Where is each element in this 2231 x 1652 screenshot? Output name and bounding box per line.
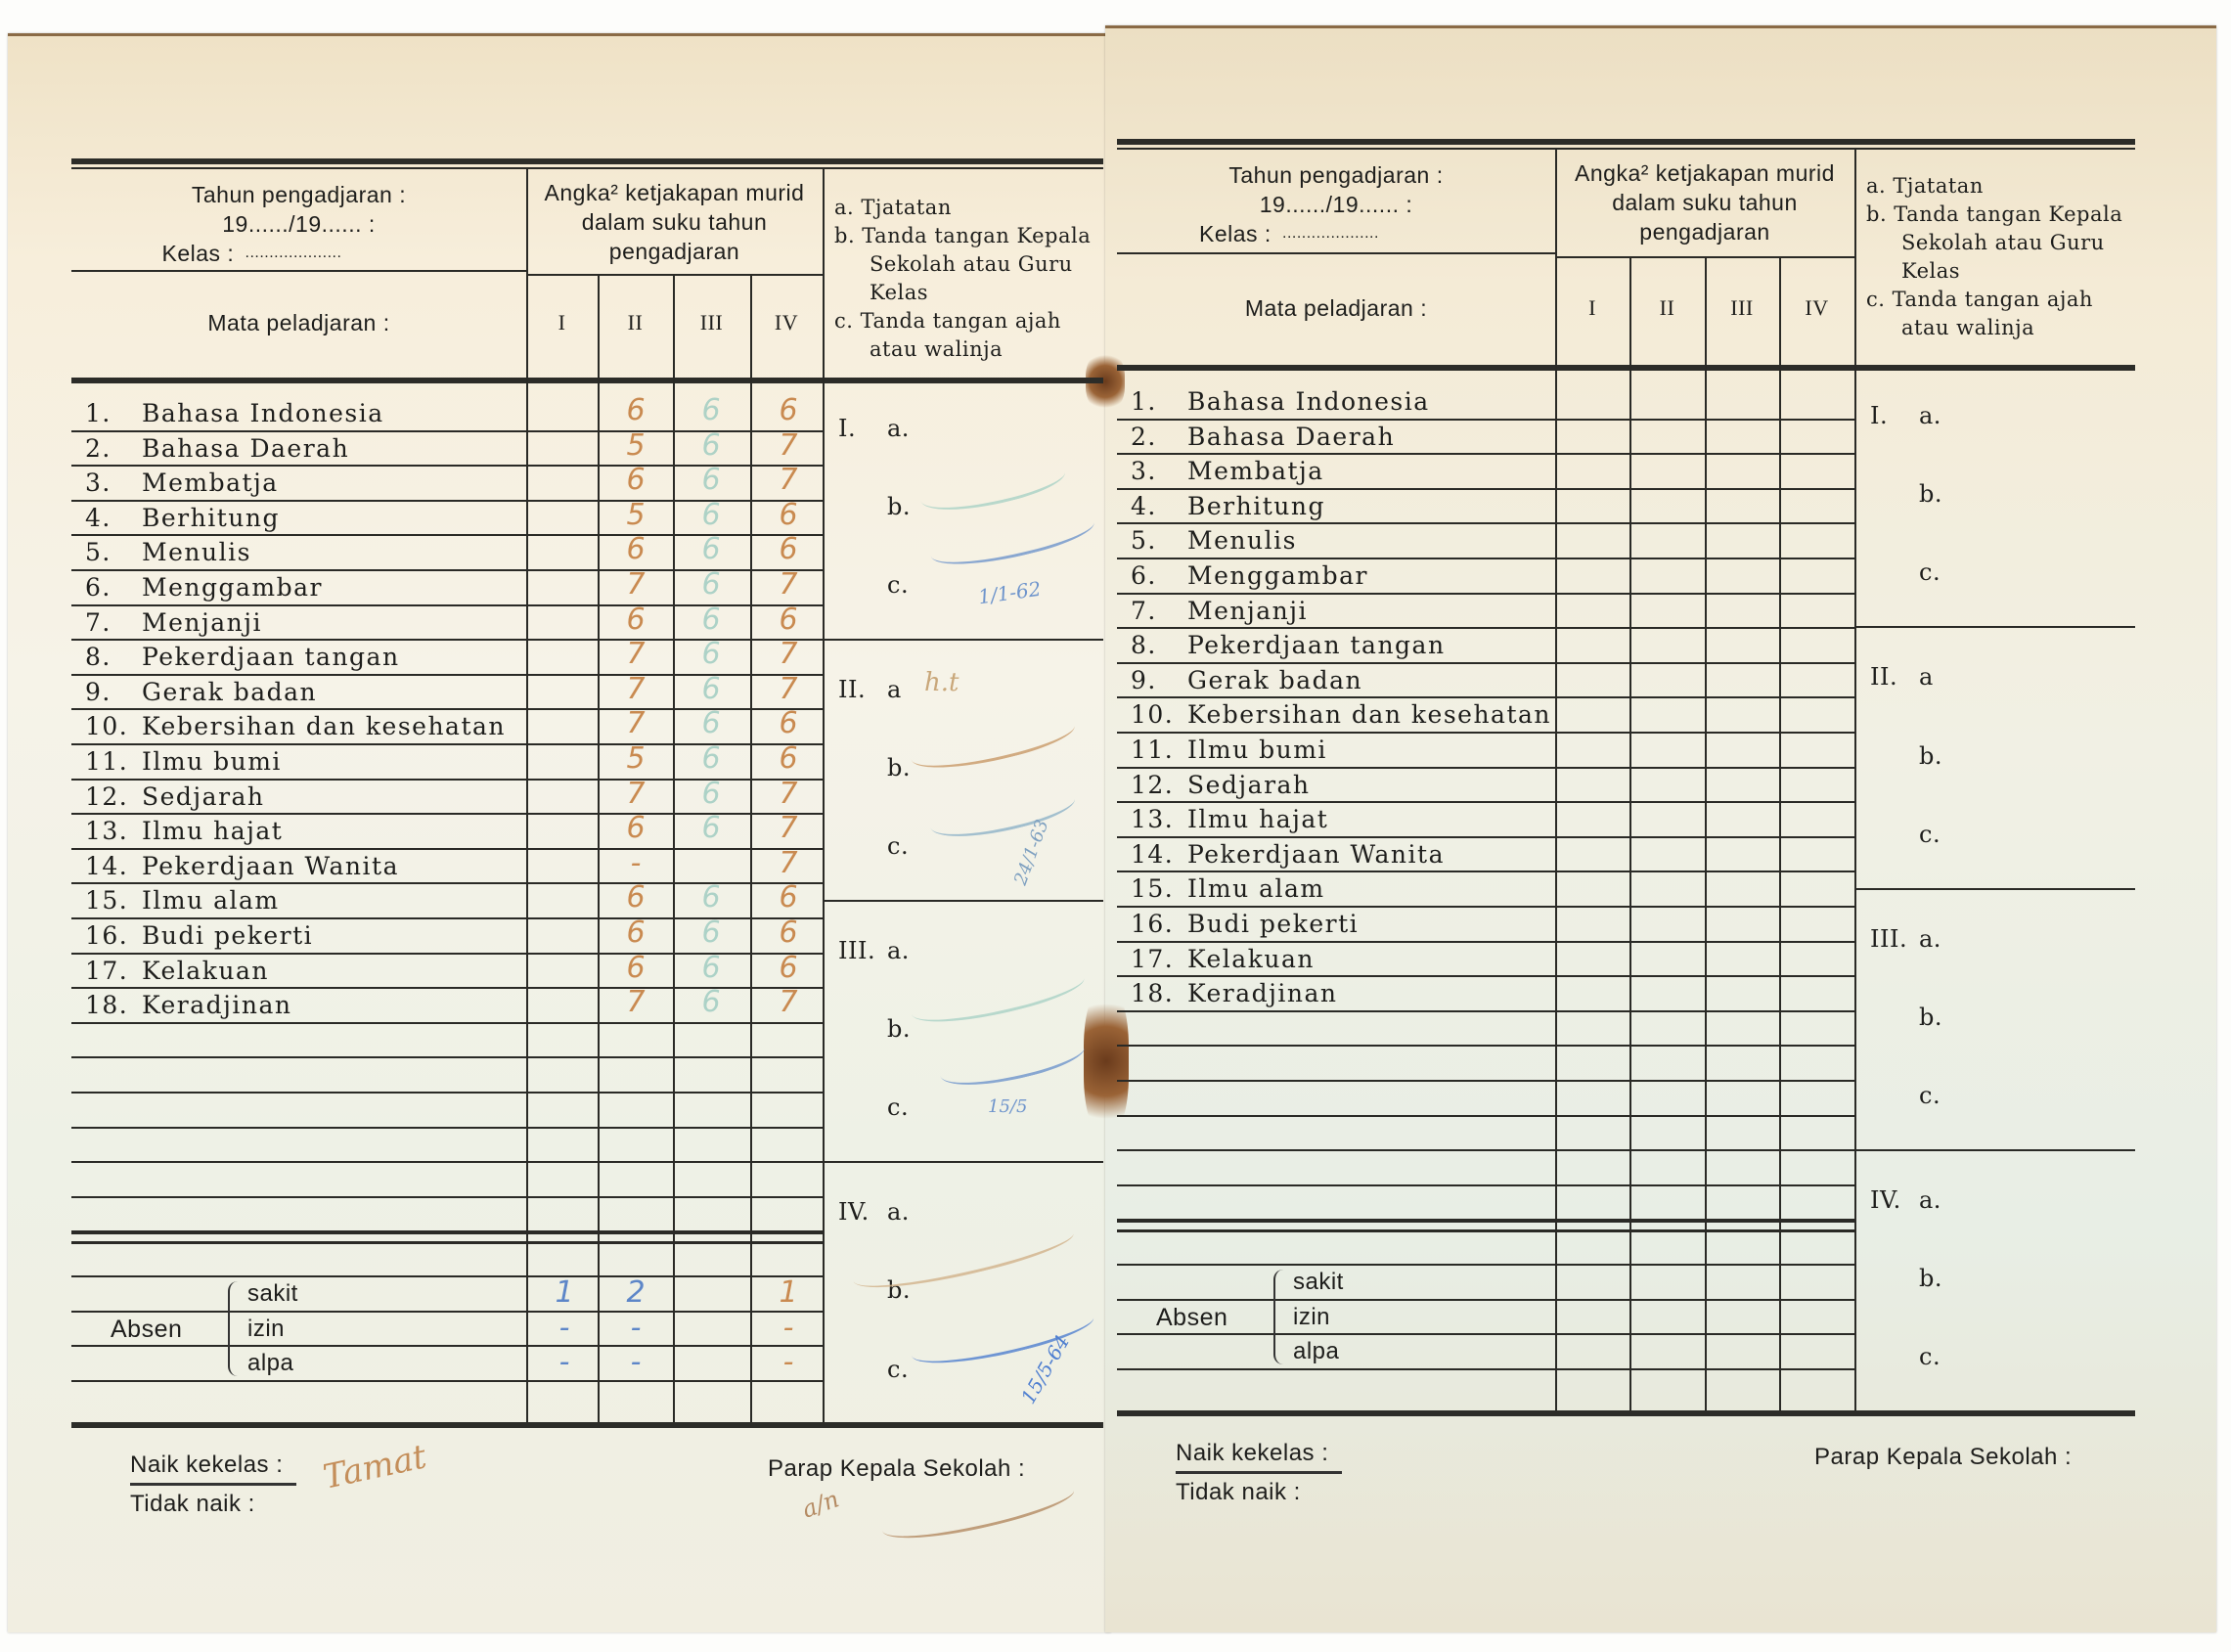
subject-number: 15.	[85, 886, 128, 915]
grade-term4: 7	[751, 672, 825, 706]
term-header-4: IV	[750, 310, 823, 335]
subject-name: Ilmu alam	[142, 886, 280, 915]
subject-number: 10.	[1131, 700, 1174, 729]
term-block-2-roman: II.	[838, 676, 866, 703]
subject-name: Ilmu alam	[1187, 874, 1325, 903]
subject-number: 5.	[1131, 526, 1157, 555]
table-rule	[1117, 1184, 1854, 1186]
table-rule	[1117, 662, 1854, 664]
term-header-1: I	[1555, 295, 1629, 321]
absen-alpa: alpa	[247, 1349, 293, 1378]
subject-number: 9.	[1131, 666, 1157, 694]
subject-number: 11.	[85, 747, 128, 776]
term-block-3-roman: III.	[1870, 925, 1907, 953]
grade-term4: 7	[751, 777, 825, 811]
term-header-1: I	[526, 310, 598, 335]
table-rule	[1117, 1221, 1854, 1232]
grade-term4: 7	[751, 811, 825, 845]
grade-term2: 6	[599, 951, 673, 985]
grade-term3: 6	[674, 463, 748, 497]
column-rule	[1555, 365, 1557, 1410]
table-rule	[1117, 1149, 1854, 1151]
grade-term4: 6	[751, 603, 825, 637]
table-rule	[71, 1056, 823, 1058]
absen-term1: -	[527, 1311, 602, 1345]
subject-number: 10.	[85, 712, 128, 740]
subject-number: 12.	[1131, 771, 1174, 799]
subject-number: 17.	[1131, 945, 1174, 973]
subject-number: 18.	[1131, 979, 1174, 1007]
term-block-2-tjatatan: a	[1919, 663, 1934, 691]
subject-name: Sedjarah	[1187, 771, 1311, 799]
column-rule	[823, 167, 825, 378]
table-rule	[71, 848, 823, 850]
parap-kepala-sekolah-label: Parap Kepala Sekolah :	[1814, 1444, 2072, 1471]
subject-name: Menulis	[142, 538, 251, 566]
absen-label: Absen	[111, 1315, 182, 1344]
table-rule	[1117, 419, 1854, 421]
subject-name: Budi pekerti	[1187, 910, 1359, 938]
term-block-2-tanda-walinja: c.	[1919, 821, 1941, 848]
grade-term2: 6	[599, 393, 673, 427]
note-term2: h.t	[924, 668, 959, 697]
table-rule	[1117, 1410, 2135, 1416]
subject-name: Keradjinan	[142, 991, 292, 1019]
subject-name: Kelakuan	[142, 957, 269, 985]
tidak-naik-label: Tidak naik :	[1176, 1479, 1301, 1506]
subject-number: 13.	[1131, 805, 1174, 833]
notes-kelas: Kelas	[1901, 257, 1960, 286]
table-rule	[1854, 888, 2135, 890]
subject-name: Ilmu hajat	[142, 817, 283, 845]
kelas-value: ....................	[245, 239, 373, 268]
notes-tjatatan: a. Tjatatan	[834, 194, 952, 222]
grade-term3: 6	[674, 532, 748, 566]
absen-term2: -	[599, 1311, 673, 1345]
table-rule	[71, 1196, 823, 1198]
angka-ketjakapan-label: Angka² ketjakapan murid	[526, 178, 823, 207]
grade-term2: -	[599, 846, 673, 880]
term-block-1-tanda-kepala: b.	[887, 493, 911, 520]
grade-term2: 7	[599, 567, 673, 602]
absen-term2: -	[599, 1345, 673, 1379]
term-block-3-tanda-walinja: c.	[887, 1094, 909, 1121]
subject-number: 18.	[85, 991, 128, 1019]
grade-term2: 5	[599, 498, 673, 532]
notes-tanda-tangan-kepala: b. Tanda tangan Kepala	[834, 222, 1091, 250]
grade-term3: 6	[674, 915, 748, 950]
table-rule	[71, 1161, 823, 1163]
subject-number: 2.	[85, 434, 112, 463]
absen-sakit: sakit	[1293, 1268, 1344, 1297]
naik-kekelas-label: Naik kekelas :	[1176, 1440, 1328, 1467]
absen-term4: -	[751, 1311, 825, 1345]
table-rule	[1854, 1149, 2135, 1151]
subject-name: Pekerdjaan Wanita	[1187, 840, 1445, 869]
term-block-1-tanda-walinja: c.	[1919, 558, 1941, 586]
grade-term3: 6	[674, 637, 748, 671]
subject-number: 4.	[85, 504, 112, 532]
grade-term3: 6	[674, 951, 748, 985]
table-rule	[71, 1022, 823, 1024]
subject-name: Bahasa Indonesia	[142, 399, 384, 427]
tahun-pengadjaran-label: Tahun pengadjaran :	[187, 180, 412, 209]
subject-number: 5.	[85, 538, 112, 566]
grade-term4: 7	[751, 846, 825, 880]
tahun-pengadjaran-value: 19....../19...... :	[206, 209, 392, 239]
term-header-3: III	[673, 310, 750, 335]
subject-number: 16.	[85, 921, 128, 950]
term-block-3-tanda-walinja: c.	[1919, 1082, 1941, 1109]
subject-name: Ilmu bumi	[142, 747, 282, 776]
angka-ketjakapan-label-3: pengadjaran	[1555, 217, 1854, 246]
term-block-1-roman: I.	[1870, 402, 1888, 429]
subject-number: 4.	[1131, 492, 1157, 520]
term-block-4-tanda-walinja: c.	[1919, 1343, 1941, 1370]
subject-name: Budi pekerti	[142, 921, 313, 950]
grade-term2: 7	[599, 777, 673, 811]
signature-term3-date: 15/5	[988, 1096, 1027, 1117]
grade-term4: 6	[751, 498, 825, 532]
table-rule	[823, 900, 1103, 902]
notes-walinja: atau walinja	[1901, 314, 2034, 342]
grade-term4: 7	[751, 637, 825, 671]
subject-name: Berhitung	[142, 504, 280, 532]
table-rule	[1117, 1333, 1854, 1335]
table-rule	[1117, 139, 2135, 145]
subject-number: 17.	[85, 957, 128, 985]
grade-term2: 6	[599, 463, 673, 497]
subject-name: Berhitung	[1187, 492, 1325, 520]
notes-tjatatan: a. Tjatatan	[1866, 172, 1984, 201]
naik-underline	[130, 1483, 296, 1486]
table-rule	[1117, 593, 1854, 595]
subject-number: 7.	[85, 608, 112, 637]
subject-name: Membatja	[142, 469, 279, 497]
subject-number: 11.	[1131, 736, 1174, 764]
term-block-4-roman: IV.	[1870, 1186, 1901, 1214]
absen-term1: -	[527, 1345, 602, 1379]
grade-term2: 5	[599, 741, 673, 776]
grade-term3: 6	[674, 567, 748, 602]
table-rule	[1117, 488, 1854, 490]
term-block-1-roman: I.	[838, 415, 856, 442]
tahun-pengadjaran-value: 19....../19...... :	[1243, 190, 1429, 219]
term-block-1-tjatatan: a.	[887, 415, 910, 442]
grade-term3: 6	[674, 498, 748, 532]
term-block-3-tanda-kepala: b.	[1919, 1004, 1942, 1031]
absen-term1: 1	[527, 1275, 602, 1310]
grade-term4: 6	[751, 951, 825, 985]
notes-tanda-tangan-ajah: c. Tanda tangan ajah	[834, 307, 1061, 335]
table-rule	[1117, 871, 1854, 872]
subject-number: 2.	[1131, 423, 1157, 451]
table-rule	[71, 1127, 823, 1129]
term-block-3-tjatatan: a.	[1919, 925, 1941, 953]
column-rule	[1854, 148, 1856, 365]
subject-number: 8.	[1131, 631, 1157, 659]
term-header-2: II	[598, 310, 673, 335]
subject-name: Bahasa Daerah	[142, 434, 349, 463]
subject-name: Keradjinan	[1187, 979, 1338, 1007]
notes-kelas: Kelas	[870, 279, 928, 307]
grade-term2: 7	[599, 985, 673, 1019]
term-block-1-tanda-walinja: c.	[887, 571, 909, 599]
grade-term2: 6	[599, 811, 673, 845]
grade-term2: 7	[599, 637, 673, 671]
subject-name: Sedjarah	[142, 782, 265, 811]
grade-term3: 6	[674, 672, 748, 706]
term-block-1-tjatatan: a.	[1919, 402, 1941, 429]
table-rule	[71, 1275, 823, 1277]
angka-ketjakapan-label-3: pengadjaran	[526, 237, 823, 266]
table-rule	[1117, 696, 1854, 698]
grade-term4: 7	[751, 463, 825, 497]
absen-term4: 1	[751, 1275, 825, 1310]
naik-kekelas-label: Naik kekelas :	[130, 1451, 283, 1479]
absen-label: Absen	[1156, 1303, 1227, 1332]
table-rule	[1117, 906, 1854, 908]
table-rule	[1117, 975, 1854, 977]
table-rule	[1117, 1115, 1854, 1117]
table-rule	[71, 158, 1103, 164]
table-rule	[1117, 453, 1854, 455]
subject-number: 6.	[85, 573, 112, 602]
table-rule	[1117, 1264, 1854, 1266]
subject-name: Pekerdjaan tangan	[142, 643, 400, 671]
subject-number: 15.	[1131, 874, 1174, 903]
notes-walinja: atau walinja	[870, 335, 1003, 364]
term-block-3-tjatatan: a.	[887, 937, 910, 964]
term-block-4-roman: IV.	[838, 1198, 870, 1226]
term-header-3: III	[1705, 295, 1779, 321]
subject-name: Menggambar	[1187, 561, 1368, 590]
grade-term2: 6	[599, 880, 673, 915]
table-rule	[71, 167, 1103, 169]
grade-term4: 7	[751, 567, 825, 602]
absen-term2: 2	[599, 1275, 673, 1310]
subject-number: 3.	[85, 469, 112, 497]
absen-brace	[1273, 1270, 1289, 1364]
absen-brace	[228, 1281, 244, 1376]
absen-alpa: alpa	[1293, 1337, 1339, 1366]
table-rule	[1117, 558, 1854, 559]
term-block-3-roman: III.	[838, 937, 875, 964]
table-rule	[1117, 767, 1854, 769]
subject-number: 1.	[1131, 387, 1157, 416]
subject-name: Ilmu hajat	[1187, 805, 1328, 833]
subject-name: Membatja	[1187, 457, 1324, 485]
notes-tanda-tangan-kepala: b. Tanda tangan Kepala	[1866, 201, 2122, 229]
table-rule	[1117, 1010, 1854, 1012]
table-rule	[71, 1232, 823, 1244]
notes-tanda-tangan-ajah: c. Tanda tangan ajah	[1866, 286, 2093, 314]
grade-term3: 6	[674, 428, 748, 463]
subject-number: 14.	[1131, 840, 1174, 869]
table-rule	[1117, 252, 1555, 254]
grade-term3: 6	[674, 777, 748, 811]
grade-term3: 6	[674, 880, 748, 915]
subject-number: 6.	[1131, 561, 1157, 590]
subject-name: Gerak badan	[142, 678, 317, 706]
term-block-4-tjatatan: a.	[1919, 1186, 1941, 1214]
grade-term2: 7	[599, 672, 673, 706]
subject-name: Bahasa Indonesia	[1187, 387, 1430, 416]
subject-name: Ilmu bumi	[1187, 736, 1327, 764]
absen-izin: izin	[1293, 1303, 1330, 1332]
subject-name: Menggambar	[142, 573, 323, 602]
grade-term4: 6	[751, 915, 825, 950]
subject-number: 3.	[1131, 457, 1157, 485]
table-rule	[823, 1161, 1103, 1163]
subject-number: 7.	[1131, 597, 1157, 625]
naik-underline	[1176, 1471, 1342, 1474]
term-block-2-tanda-kepala: b.	[1919, 742, 1942, 770]
table-rule	[1117, 148, 2135, 150]
table-rule	[1117, 941, 1854, 943]
angka-ketjakapan-label: Angka² ketjakapan murid	[1555, 158, 1854, 188]
table-rule	[71, 1345, 823, 1347]
table-rule	[1117, 627, 1854, 629]
subject-number: 12.	[85, 782, 128, 811]
tahun-pengadjaran-label: Tahun pengadjaran :	[1224, 160, 1449, 190]
parap-kepala-sekolah-label: Parap Kepala Sekolah :	[768, 1455, 1025, 1483]
table-rule	[1117, 522, 1854, 524]
table-rule	[71, 1092, 823, 1094]
notes-sekolah-guru: Sekolah atau Guru	[1901, 229, 2105, 257]
subject-number: 8.	[85, 643, 112, 671]
grade-term2: 6	[599, 532, 673, 566]
subject-name: Pekerdjaan Wanita	[142, 852, 399, 880]
tidak-naik-label: Tidak naik :	[130, 1491, 255, 1518]
grade-term4: 6	[751, 706, 825, 740]
subject-name: Kebersihan dan kesehatan	[1187, 700, 1551, 729]
angka-ketjakapan-label-2: dalam suku tahun	[1555, 188, 1854, 217]
term-block-3-tanda-kepala: b.	[887, 1015, 911, 1043]
grade-term4: 6	[751, 741, 825, 776]
table-rule	[71, 378, 1103, 383]
table-rule	[1117, 1080, 1854, 1082]
kelas-value: ....................	[1282, 219, 1409, 248]
table-rule	[1117, 1045, 1854, 1047]
subject-name: Pekerdjaan tangan	[1187, 631, 1446, 659]
grade-term3: 6	[674, 393, 748, 427]
grade-term4: 6	[751, 393, 825, 427]
term-block-2-tjatatan: a	[887, 676, 902, 703]
subject-number: 9.	[85, 678, 112, 706]
table-rule	[823, 639, 1103, 641]
subject-name: Kelakuan	[1187, 945, 1315, 973]
term-block-2-tanda-kepala: b.	[887, 754, 911, 781]
term-block-1-tanda-kepala: b.	[1919, 480, 1942, 508]
table-rule	[71, 1380, 823, 1382]
column-rule	[1629, 365, 1631, 1410]
subject-name: Menjanji	[1187, 597, 1308, 625]
subject-number: 13.	[85, 817, 128, 845]
subject-name: Menjanji	[142, 608, 262, 637]
subject-name: Menulis	[1187, 526, 1297, 555]
grade-term3: 6	[674, 706, 748, 740]
grade-term2: 6	[599, 603, 673, 637]
subject-name: Bahasa Daerah	[1187, 423, 1395, 451]
table-rule	[71, 270, 526, 272]
term-header-2: II	[1629, 295, 1705, 321]
grade-term4: 7	[751, 985, 825, 1019]
subject-number: 16.	[1131, 910, 1174, 938]
table-rule	[1117, 365, 2135, 371]
column-rule	[1779, 365, 1781, 1410]
angka-ketjakapan-label-2: dalam suku tahun	[526, 207, 823, 237]
term-block-2-roman: II.	[1870, 663, 1897, 691]
grade-term2: 5	[599, 428, 673, 463]
table-rule	[1117, 801, 1854, 803]
table-rule	[1117, 836, 1854, 838]
grade-term2: 7	[599, 706, 673, 740]
absen-term4: -	[751, 1345, 825, 1379]
mata-peladjaran-label: Mata peladjaran :	[187, 308, 412, 337]
grade-term3: 6	[674, 811, 748, 845]
grade-term2: 6	[599, 915, 673, 950]
term-block-2-tanda-walinja: c.	[887, 832, 909, 860]
term-header-4: IV	[1779, 295, 1854, 321]
grade-term3: 6	[674, 985, 748, 1019]
table-rule	[1117, 1368, 1854, 1370]
table-rule	[71, 1422, 1103, 1428]
notes-sekolah-guru: Sekolah atau Guru	[870, 250, 1073, 279]
table-rule	[1854, 626, 2135, 628]
absen-sakit: sakit	[247, 1279, 298, 1309]
subject-number: 14.	[85, 852, 128, 880]
mata-peladjaran-label: Mata peladjaran :	[1224, 293, 1449, 323]
term-block-4-tjatatan: a.	[887, 1198, 910, 1226]
grade-term3: 6	[674, 741, 748, 776]
grade-term4: 7	[751, 428, 825, 463]
table-rule	[1117, 732, 1854, 734]
subject-number: 1.	[85, 399, 112, 427]
absen-izin: izin	[247, 1315, 285, 1344]
term-block-4-tanda-walinja: c.	[887, 1356, 909, 1383]
column-rule	[526, 378, 528, 1422]
term-block-4-tanda-kepala: b.	[1919, 1265, 1942, 1292]
column-rule	[1705, 365, 1707, 1410]
subject-name: Kebersihan dan kesehatan	[142, 712, 506, 740]
table-rule	[1117, 1299, 1854, 1301]
subject-name: Gerak badan	[1187, 666, 1362, 694]
grade-term3: 6	[674, 603, 748, 637]
table-rule	[71, 1311, 823, 1313]
grade-term4: 6	[751, 532, 825, 566]
grade-term4: 6	[751, 880, 825, 915]
